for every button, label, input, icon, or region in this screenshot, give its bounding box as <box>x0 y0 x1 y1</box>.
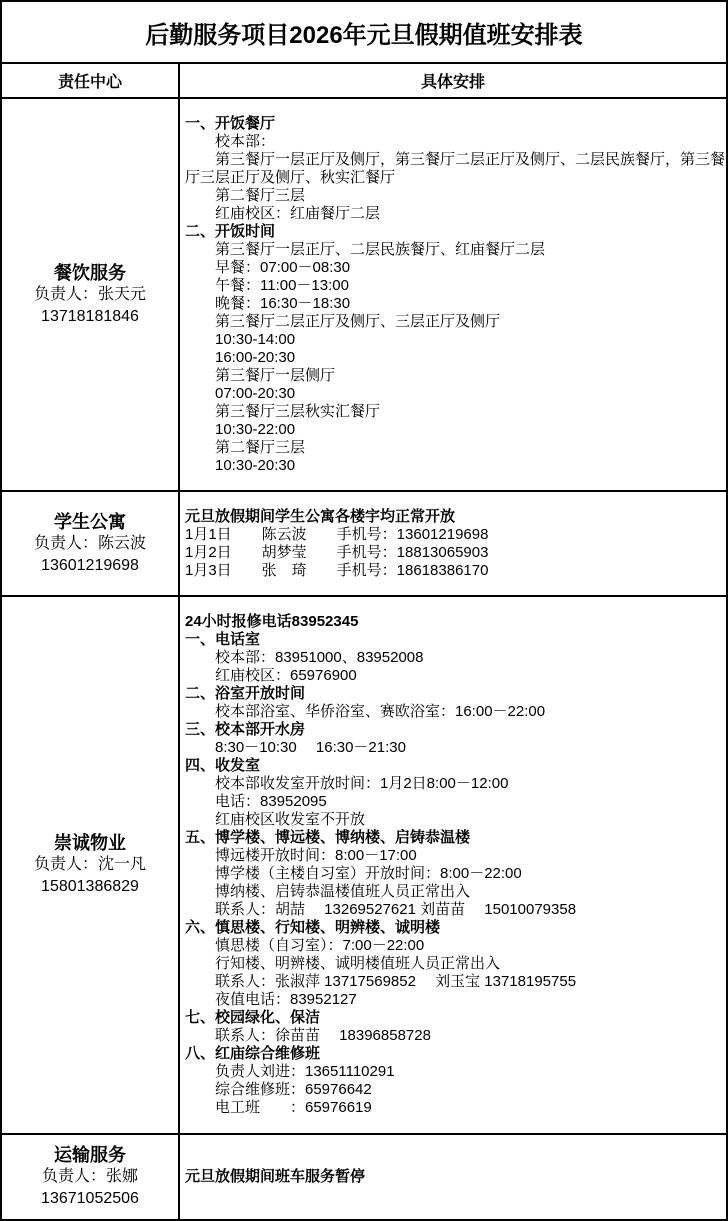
schedule-line: 负责人刘进：13651110291 <box>185 1063 724 1081</box>
responsibility-center-cell: 学生公寓 负责人：陈云波 13601219698 <box>2 492 180 595</box>
arrangement-cell: 元旦放假期间班车服务暂停 <box>180 1135 726 1219</box>
schedule-line: 第三餐厅一层正厅、二层民族餐厅、红庙餐厅二层 <box>185 241 724 259</box>
schedule-line: 一、开饭餐厅 <box>185 115 724 133</box>
schedule-line: 第三餐厅一层正厅及侧厅，第三餐厅二层正厅及侧厅、二层民族餐厅，第三餐 <box>185 151 724 169</box>
schedule-line: 晚餐：16:30－18:30 <box>185 295 724 313</box>
schedule-line: 联系人：胡喆 13269527621 刘苗苗 15010079358 <box>185 901 724 919</box>
schedule-line: 博远楼开放时间：8:00－17:00 <box>185 847 724 865</box>
center-phone: 13671052506 <box>41 1188 139 1210</box>
schedule-line: 1月1日 陈云波 手机号：13601219698 <box>185 526 724 544</box>
table-row-catering: 餐饮服务 负责人：张天元 13718181846 一、开饭餐厅 校本部： 第三餐… <box>2 99 726 492</box>
column-header-arrangements: 具体安排 <box>180 64 726 97</box>
responsibility-center-cell: 崇诚物业 负责人：沈一凡 15801386829 <box>2 597 180 1133</box>
schedule-line: 校本部： <box>185 133 724 151</box>
column-header-responsibility-center: 责任中心 <box>2 64 180 97</box>
schedule-line: 四、收发室 <box>185 757 724 775</box>
table-row-dormitory: 学生公寓 负责人：陈云波 13601219698 元旦放假期间学生公寓各楼宇均正… <box>2 492 726 597</box>
schedule-line: 七、校园绿化、保洁 <box>185 1009 724 1027</box>
schedule-line: 联系人：徐苗苗 18396858728 <box>185 1027 724 1045</box>
center-name: 运输服务 <box>54 1144 126 1166</box>
schedule-line: 厅三层正厅及侧厅、秋实汇餐厅 <box>185 169 724 187</box>
table-header-row: 责任中心 具体安排 <box>2 64 726 99</box>
center-manager: 负责人：沈一凡 <box>34 854 146 876</box>
schedule-line: 夜值电话：83952127 <box>185 991 724 1009</box>
schedule-line: 1月3日 张 琦 手机号：18618386170 <box>185 562 724 580</box>
schedule-line: 1月2日 胡梦莹 手机号：18813065903 <box>185 544 724 562</box>
schedule-line: 早餐：07:00－08:30 <box>185 259 724 277</box>
schedule-line: 二、浴室开放时间 <box>185 685 724 703</box>
schedule-line: 电话：83952095 <box>185 793 724 811</box>
center-name: 餐饮服务 <box>54 262 126 284</box>
schedule-line: 第三餐厅二层正厅及侧厅、三层正厅及侧厅 <box>185 313 724 331</box>
schedule-line: 行知楼、明辨楼、诚明楼值班人员正常出入 <box>185 955 724 973</box>
schedule-line: 10:30-22:00 <box>185 421 724 439</box>
arrangement-cell: 一、开饭餐厅 校本部： 第三餐厅一层正厅及侧厅，第三餐厅二层正厅及侧厅、二层民族… <box>180 99 726 490</box>
center-phone: 15801386829 <box>41 876 139 898</box>
schedule-line: 第二餐厅三层 <box>185 439 724 457</box>
schedule-line: 电工班 ：65976619 <box>185 1099 724 1117</box>
schedule-line: 联系人：张淑萍 13717569852 刘玉宝 13718195755 <box>185 973 724 991</box>
schedule-line: 校本部收发室开放时间：1月2日8:00－12:00 <box>185 775 724 793</box>
schedule-line: 校本部浴室、华侨浴室、赛欧浴室：16:00－22:00 <box>185 703 724 721</box>
schedule-line: 三、校本部开水房 <box>185 721 724 739</box>
schedule-line: 慎思楼（自习室）：7:00－22:00 <box>185 937 724 955</box>
schedule-line: 博学楼（主楼自习室）开放时间：8:00－22:00 <box>185 865 724 883</box>
schedule-line: 第二餐厅三层 <box>185 187 724 205</box>
center-manager: 负责人：张娜 <box>42 1166 138 1188</box>
schedule-line: 博纳楼、启铸恭温楼值班人员正常出入 <box>185 883 724 901</box>
table-row-transport: 运输服务 负责人：张娜 13671052506 元旦放假期间班车服务暂停 <box>2 1135 726 1219</box>
center-phone: 13601219698 <box>41 555 139 577</box>
duty-schedule-table: 后勤服务项目2026年元旦假期值班安排表 责任中心 具体安排 餐饮服务 负责人：… <box>0 0 728 1221</box>
page-title: 后勤服务项目2026年元旦假期值班安排表 <box>2 2 726 64</box>
responsibility-center-cell: 餐饮服务 负责人：张天元 13718181846 <box>2 99 180 490</box>
schedule-line: 一、电话室 <box>185 631 724 649</box>
schedule-line: 16:00-20:30 <box>185 349 724 367</box>
center-manager: 负责人：张天元 <box>34 284 146 306</box>
schedule-line: 五、博学楼、博远楼、博纳楼、启铸恭温楼 <box>185 829 724 847</box>
schedule-line: 10:30-14:00 <box>185 331 724 349</box>
schedule-line: 元旦放假期间学生公寓各楼宇均正常开放 <box>185 508 724 526</box>
schedule-line: 红庙校区：红庙餐厅二层 <box>185 205 724 223</box>
arrangement-cell: 24小时报修电话83952345一、电话室 校本部：83951000、83952… <box>180 597 726 1133</box>
schedule-line: 六、慎思楼、行知楼、明辨楼、诚明楼 <box>185 919 724 937</box>
schedule-line: 午餐：11:00－13:00 <box>185 277 724 295</box>
schedule-line: 8:30－10:30 16:30－21:30 <box>185 739 724 757</box>
schedule-line: 综合维修班：65976642 <box>185 1081 724 1099</box>
schedule-line: 二、开饭时间 <box>185 223 724 241</box>
schedule-line: 校本部：83951000、83952008 <box>185 649 724 667</box>
schedule-line: 24小时报修电话83952345 <box>185 613 724 631</box>
schedule-line: 07:00-20:30 <box>185 385 724 403</box>
schedule-line: 第三餐厅三层秋实汇餐厅 <box>185 403 724 421</box>
schedule-line: 元旦放假期间班车服务暂停 <box>185 1168 724 1186</box>
schedule-line: 红庙校区收发室不开放 <box>185 811 724 829</box>
responsibility-center-cell: 运输服务 负责人：张娜 13671052506 <box>2 1135 180 1219</box>
center-name: 崇诚物业 <box>54 832 126 854</box>
center-manager: 负责人：陈云波 <box>34 533 146 555</box>
center-name: 学生公寓 <box>54 511 126 533</box>
schedule-line: 10:30-20:30 <box>185 457 724 475</box>
table-row-property: 崇诚物业 负责人：沈一凡 15801386829 24小时报修电话8395234… <box>2 597 726 1135</box>
center-phone: 13718181846 <box>41 306 139 328</box>
arrangement-cell: 元旦放假期间学生公寓各楼宇均正常开放1月1日 陈云波 手机号：136012196… <box>180 492 726 595</box>
schedule-line: 红庙校区：65976900 <box>185 667 724 685</box>
schedule-line: 八、红庙综合维修班 <box>185 1045 724 1063</box>
schedule-line: 第三餐厅一层侧厅 <box>185 367 724 385</box>
